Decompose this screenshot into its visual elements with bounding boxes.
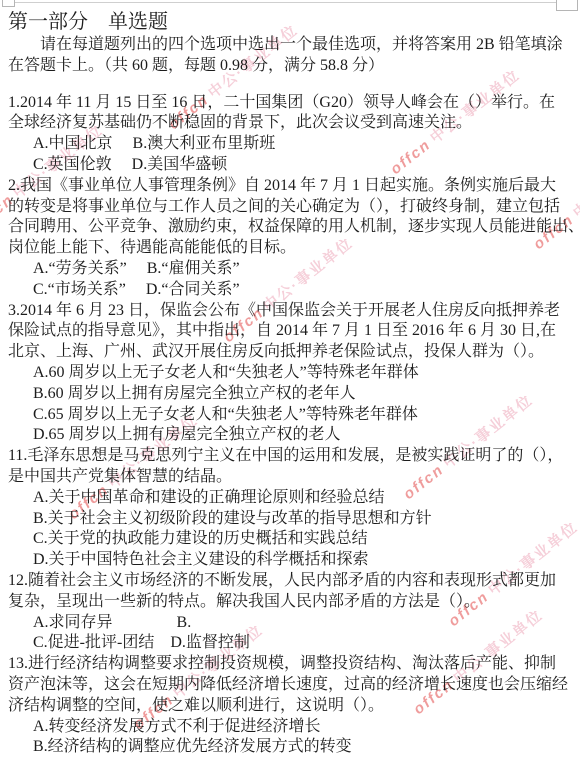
scan-corner-mark-right: [556, 0, 578, 11]
question-stem-line: 1.2014 年 11 月 15 日至 16 日，二十国集团（G20）领导人峰会…: [8, 93, 576, 114]
question-block-11: 11.毛泽东思想是马克思列宁主义在中国的运用和发展，是被实践证明了的（）， 是中…: [8, 446, 576, 571]
question-stem-line: 复杂，呈现出一些新的特点。解决我国人民内部矛盾的方法是（）。: [8, 592, 576, 613]
question-block-12: 12.随着社会主义市场经济的不断发展，人民内部矛盾的内容和表现形式都更加 复杂，…: [8, 571, 576, 654]
question-stem-line: 合同聘用、公平竞争、激励约束，权益保障的用人机制，逐步实现人员能进能出、: [8, 217, 576, 238]
question-stem-line: 11.毛泽东思想是马克思列宁主义在中国的运用和发展，是被实践证明了的（），: [8, 446, 576, 467]
question-stem-line: 13.进行经济结构调整要求控制投资规模，调整投资结构、淘汰落后产能、抑制: [8, 654, 576, 675]
question-block-13: 13.进行经济结构调整要求控制投资规模，调整投资结构、淘汰落后产能、抑制 资产泡…: [8, 654, 576, 758]
instructions-line-1: 请在每道题列出的四个选项中选出一个最佳选项，并将答案用 2B 铅笔填涂: [8, 35, 576, 56]
question-options-line: D.65 周岁以上拥有房屋完全独立产权的老人: [8, 425, 576, 446]
exam-document: 第一部分 单选题 请在每道题列出的四个选项中选出一个最佳选项，并将答案用 2B …: [8, 9, 576, 758]
instructions-line-2: 在答题卡上。（共 60 题，每题 0.98 分，满分 58.8 分）: [8, 56, 576, 77]
question-options-line: A.中国北京 B.澳大利亚布里斯班: [8, 134, 576, 155]
question-stem-line: 的转变是将事业单位与工作人员之间的关心确定为（），打破终身制，建立包括: [8, 197, 576, 218]
question-options-line: B.关于社会主义初级阶段的建设与改革的指导思想和方针: [8, 509, 576, 530]
question-stem-line: 全球经济复苏基础仍不断稳固的背景下，此次会议受到高速关注。: [8, 113, 576, 134]
question-options-line: A.“劳务关系” B.“雇佣关系”: [8, 259, 576, 280]
scan-corner-mark-left: [2, 0, 15, 7]
question-stem-line: 济结构调整的空间，使之难以顺利进行，这说明（）。: [8, 696, 576, 717]
question-options-line: C.“市场关系” D.“合同关系”: [8, 280, 576, 301]
question-stem-line: 12.随着社会主义市场经济的不断发展，人民内部矛盾的内容和表现形式都更加: [8, 571, 576, 592]
question-block-3: 3.2014 年 6 月 23 日，保监会公布《中国保监会关于开展老人住房反向抵…: [8, 301, 576, 447]
scan-top-border-line: [10, 2, 576, 3]
section-title: 第一部分 单选题: [8, 9, 576, 35]
question-stem-line: 3.2014 年 6 月 23 日，保监会公布《中国保监会关于开展老人住房反向抵…: [8, 301, 576, 322]
question-stem-line: 北京、上海、广州、武汉开展住房反向抵押养老保险试点，投保人群为（）。: [8, 342, 576, 363]
question-stem-line: 资产泡沫等，这会在短期内降低经济增长速度，过高的经济增长速度也会压缩经: [8, 675, 576, 696]
question-stem-line: 保险试点的指导意见》，其中指出，自 2014 年 7 月 1 日至 2016 年…: [8, 321, 576, 342]
question-stem-line: 2.我国《事业单位人事管理条例》自 2014 年 7 月 1 日起实施。条例实施…: [8, 176, 576, 197]
question-stem-line: 岗位能上能下、待遇能高能能低的目标。: [8, 238, 576, 259]
question-options-line: C.关于党的执政能力建设的历史概括和实践总结: [8, 529, 576, 550]
question-options-line: C.英国伦敦 D.美国华盛顿: [8, 155, 576, 176]
question-options-line: A.求同存异 B.: [8, 613, 576, 634]
question-options-line: A.转变经济发展方式不利于促进经济增长: [8, 717, 576, 738]
blank-line: [8, 77, 576, 93]
question-options-line: B.60 周岁以上拥有房屋完全独立产权的老年人: [8, 384, 576, 405]
question-options-line: A.60 周岁以上无子女老人和“失独老人”等特殊老年群体: [8, 363, 576, 384]
question-options-line: B.经济结构的调整应优先经济发展方式的转变: [8, 737, 576, 758]
question-options-line: C.促进-批评-团结 D.监督控制: [8, 633, 576, 654]
question-block-1: 1.2014 年 11 月 15 日至 16 日，二十国集团（G20）领导人峰会…: [8, 93, 576, 176]
question-block-2: 2.我国《事业单位人事管理条例》自 2014 年 7 月 1 日起实施。条例实施…: [8, 176, 576, 301]
question-options-line: C.65 周岁以上无子女老人和“失独老人”等特殊老年群体: [8, 405, 576, 426]
exam-page: offcn中公·事业单位 offcn中公·事业单位 offcn中公·事业单位 o…: [0, 0, 580, 759]
question-options-line: D.关于中国特色社会主义建设的科学概括和探索: [8, 550, 576, 571]
question-options-line: A.关于中国革命和建设的正确理论原则和经验总结: [8, 488, 576, 509]
question-stem-line: 是中国共产党集体智慧的结晶。: [8, 467, 576, 488]
